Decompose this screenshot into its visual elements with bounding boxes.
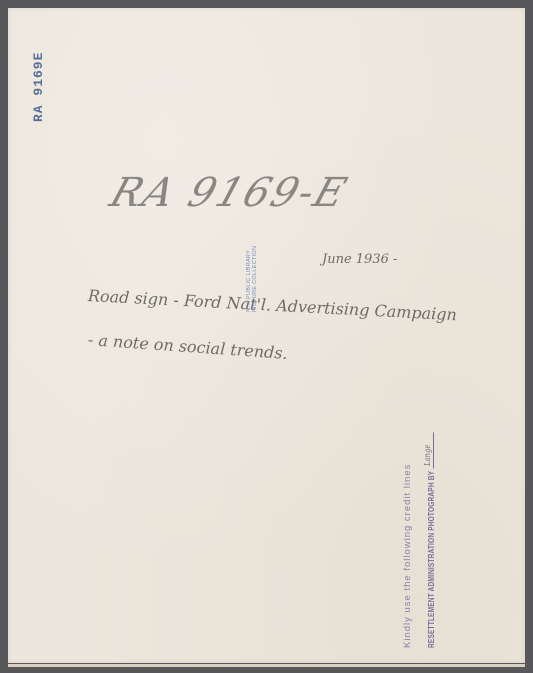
paper-bottom-edge xyxy=(8,664,525,667)
photographer-blank: Lange xyxy=(433,432,434,468)
library-stamp-line-2: PICTURE COLLECTION xyxy=(252,246,258,312)
agency-credit-text: RESETTLEMENT ADMINISTRATION PHOTOGRAPH B… xyxy=(427,471,436,648)
library-collection-stamp: N.Y. PUBLIC LIBRARY PICTURE COLLECTION xyxy=(246,246,258,312)
photo-verso-paper xyxy=(8,8,525,663)
agency-credit-stamp: RESETTLEMENT ADMINISTRATION PHOTOGRAPH B… xyxy=(427,432,436,648)
handwritten-date: June 1936 - xyxy=(322,252,397,267)
credit-instruction-stamp: Kindly use the following credit lines xyxy=(402,464,413,648)
handwritten-negative-number: RA 9169-E xyxy=(105,170,354,216)
call-number-stamp: RA 9169E xyxy=(31,52,46,122)
photographer-signature: Lange xyxy=(423,445,432,466)
